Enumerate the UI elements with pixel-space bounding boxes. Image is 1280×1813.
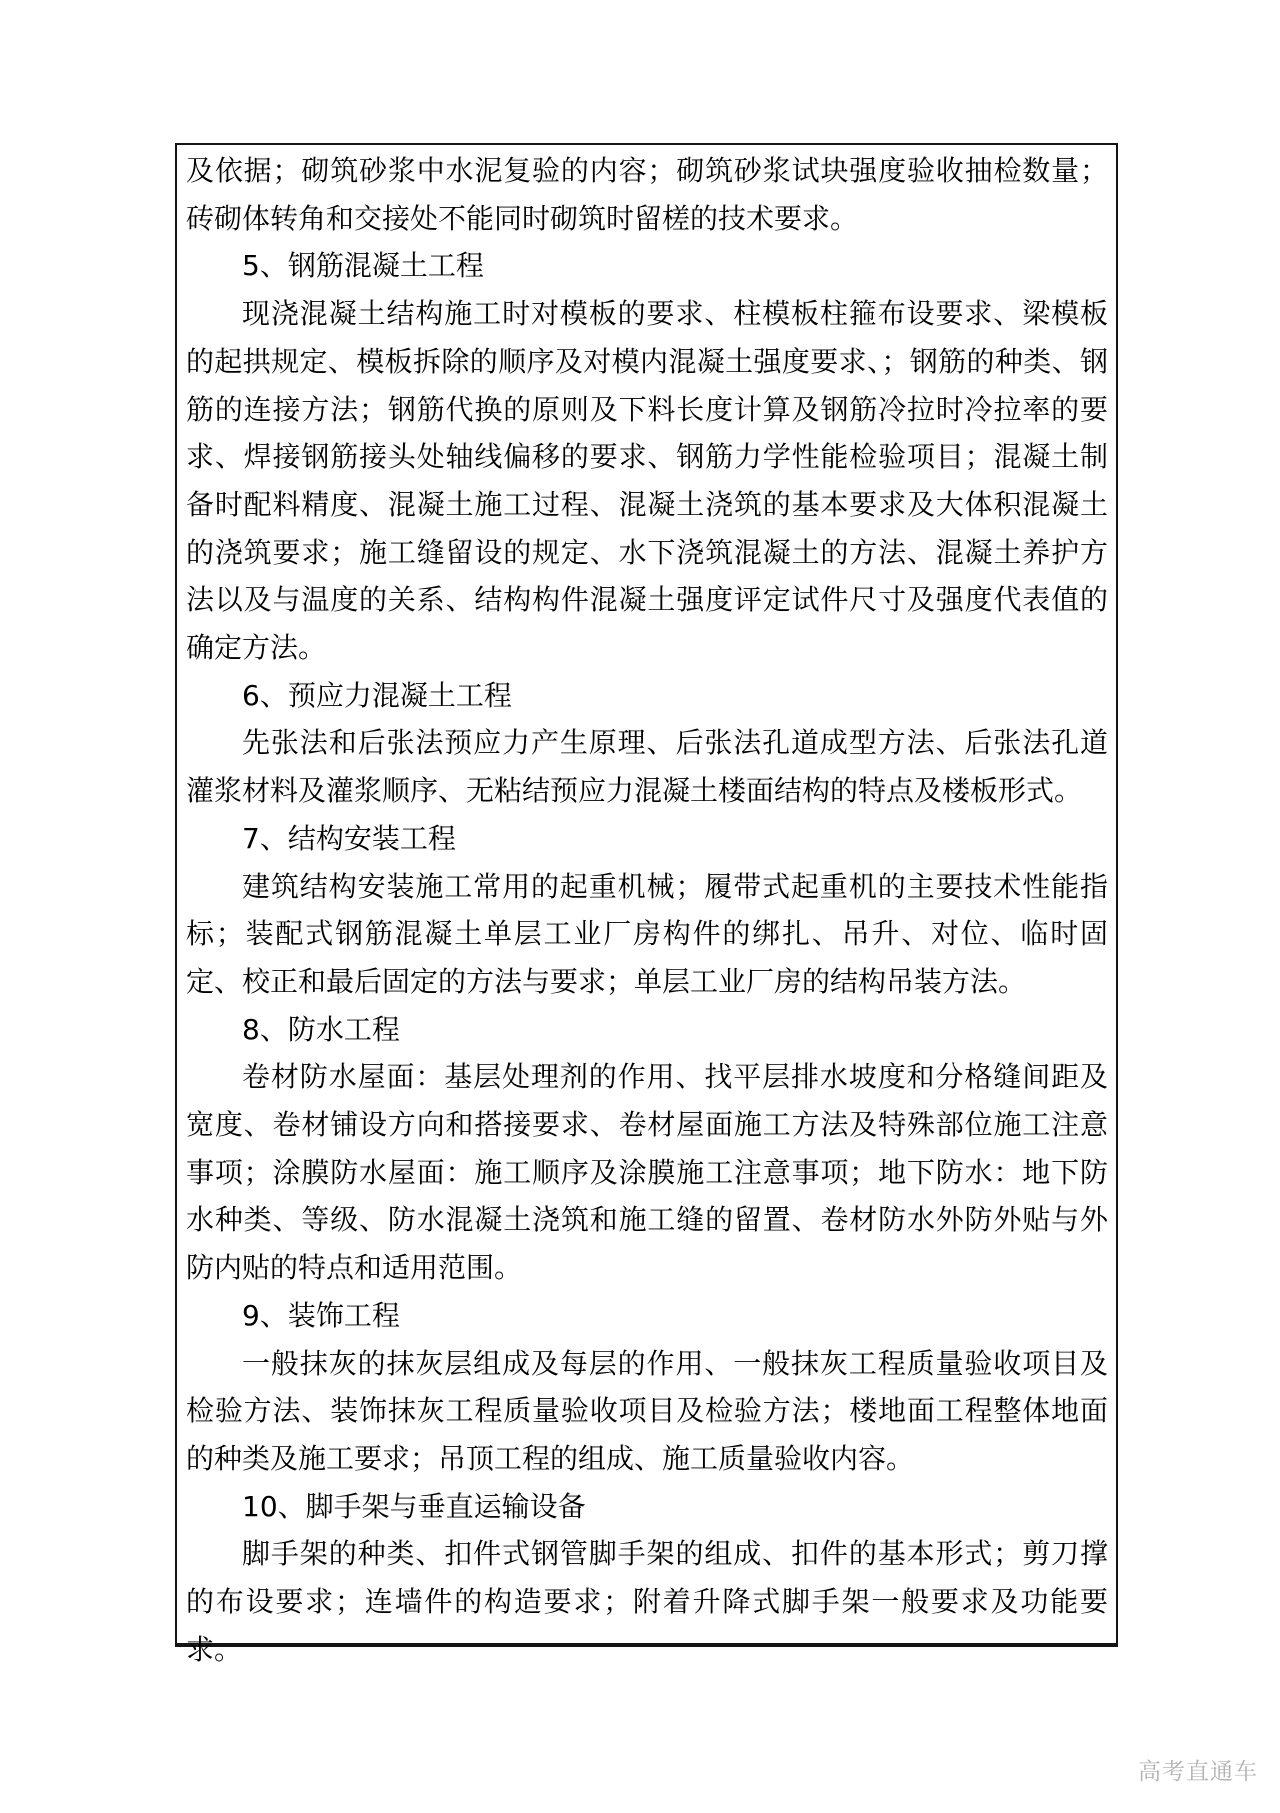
paragraph-reinforced-concrete: 现浇混凝土结构施工时对模板的要求、柱模板柱箍布设要求、梁模板的起拱规定、模板拆除…: [186, 290, 1108, 672]
paragraph-waterproofing: 卷材防水屋面：基层处理剂的作用、找平层排水坡度和分格缝间距及宽度、卷材铺设方向和…: [186, 1053, 1108, 1292]
watermark: 高考直通车: [1138, 1758, 1258, 1786]
paragraph-prestressed-concrete: 先张法和后张法预应力产生原理、后张法孔道成型方法、后张法孔道灌浆材料及灌浆顺序、…: [186, 719, 1108, 814]
heading-section-7-structure-installation: 7、结构安装工程: [186, 815, 1108, 863]
paragraph-structure-installation: 建筑结构安装施工常用的起重机械；履带式起重机的主要技术性能指标；装配式钢筋混凝土…: [186, 863, 1108, 1006]
heading-section-6-prestressed-concrete: 6、预应力混凝土工程: [186, 672, 1108, 720]
heading-section-5-reinforced-concrete: 5、钢筋混凝土工程: [186, 242, 1108, 290]
paragraph-decoration: 一般抹灰的抹灰层组成及每层的作用、一般抹灰工程质量验收项目及检验方法、装饰抹灰工…: [186, 1340, 1108, 1483]
document-content: 及依据；砌筑砂浆中水泥复验的内容；砌筑砂浆试块强度验收抽检数量；砖砌体转角和交接…: [177, 145, 1116, 1674]
heading-section-8-waterproofing: 8、防水工程: [186, 1006, 1108, 1054]
heading-section-10-scaffolding: 10、脚手架与垂直运输设备: [186, 1483, 1108, 1531]
heading-section-9-decoration: 9、装饰工程: [186, 1292, 1108, 1340]
paragraph-masonry-continued: 及依据；砌筑砂浆中水泥复验的内容；砌筑砂浆试块强度验收抽检数量；砖砌体转角和交接…: [186, 147, 1108, 242]
paragraph-scaffolding: 脚手架的种类、扣件式钢管脚手架的组成、扣件的基本形式；剪刀撑的布设要求；连墙件的…: [186, 1530, 1108, 1673]
document-cell: 及依据；砌筑砂浆中水泥复验的内容；砌筑砂浆试块强度验收抽检数量；砖砌体转角和交接…: [175, 143, 1118, 1647]
